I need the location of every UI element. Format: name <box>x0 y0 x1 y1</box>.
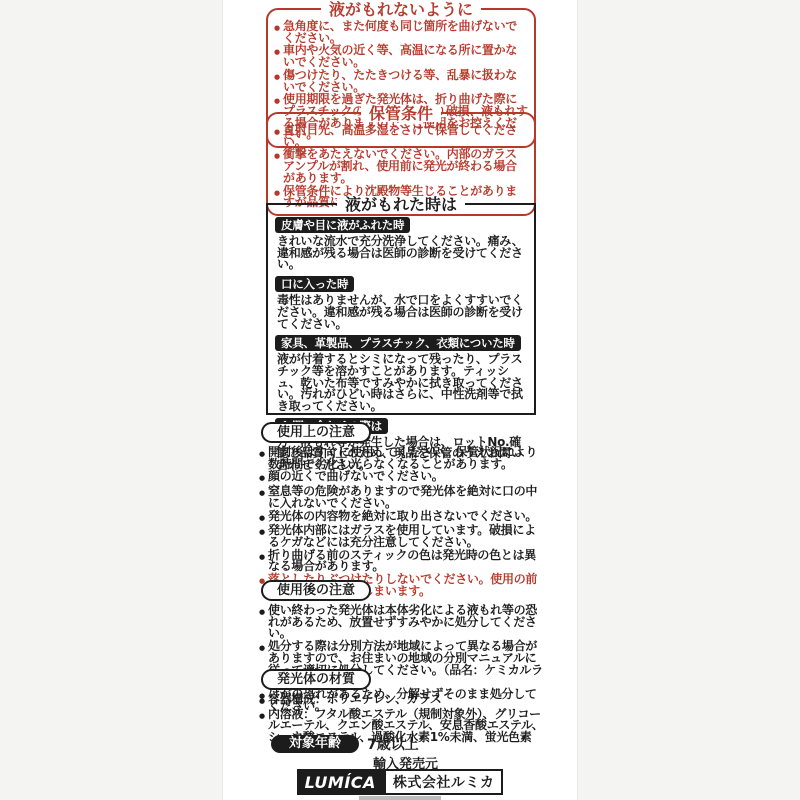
bullet-text: 折り曲げる前のスティックの色は発光時の色とは異なる場合があります。 <box>268 550 545 573</box>
entry-heading: 皮膚や目に液がふれた時 <box>275 217 410 233</box>
usage-cautions-bullet-list: ● 開封後はすぐに使用してください。保管状況により数時間で劣化し光らなくなること… <box>259 447 545 597</box>
section-title-leak-prevention: 液がもれないように <box>321 1 481 18</box>
entry-body: きれいな流水で充分洗浄してください。痛み、違和感が残る場合は医師の診断を受けてく… <box>275 236 527 271</box>
section-title-storage: 保管条件 <box>361 105 441 122</box>
bullet-text: 容器構成：ポリエチレン、ガラス <box>268 694 545 708</box>
bullet-text: 直射日光、高温多湿をさけて保管してください。 <box>283 125 528 148</box>
bullet-text: 開封後はすぐに使用してください。保管状況により数時間で劣化し光らなくなることがあ… <box>268 447 545 470</box>
bullet-icon: ● <box>259 709 268 744</box>
bullet-icon: ● <box>259 511 268 525</box>
bullet-item: ● 容器構成：ポリエチレン、ガラス <box>259 694 545 708</box>
bullet-icon: ● <box>274 125 283 148</box>
bullet-item: ● 急角度に、また何度も同じ箇所を曲げないでください。 <box>274 21 528 44</box>
lumica-brand-logo: LUMÍCA <box>297 769 384 795</box>
leak-entry: 家具、革製品、プラスチック、衣類についた時 液が付着するとシミになって残ったり、… <box>275 332 527 413</box>
bullet-text: 車内や火気の近く等、高温になる所に置かないでください。 <box>283 45 528 68</box>
bullet-item: ● 直射日光、高温多湿をさけて保管してください。 <box>274 125 528 148</box>
bullet-icon: ● <box>274 21 283 44</box>
bullet-text: 使い終わった発光体は本体劣化による液もれ等の恐れがあるため、放置せずすみやかに処… <box>268 605 545 640</box>
bullet-item: ● 衝撃をあたえないでください。内部のガラスアンプルが割れ、使用前に発光が終わる… <box>274 149 528 184</box>
entry-body: 液が付着するとシミになって残ったり、プラスチック等を溶かすことがあります。ティッ… <box>275 354 527 413</box>
bullet-text: 発光体内部にはガラスを使用しています。破損によるケガなどには充分注意してください… <box>268 525 545 548</box>
entry-heading: 口に入った時 <box>275 276 354 292</box>
bullet-item: ● 窒息等の危険がありますので発光体を絶対に口の中に入れないでください。 <box>259 486 545 509</box>
bullet-icon: ● <box>259 525 268 548</box>
section-title-usage-cautions: 使用上の注意 <box>261 422 371 443</box>
section-title-leaked: 液がもれた時は <box>337 196 465 213</box>
bullet-text: 窒息等の危険がありますので発光体を絶対に口の中に入れないでください。 <box>268 486 545 509</box>
section-title-after-use: 使用後の注意 <box>261 580 371 601</box>
bullet-icon: ● <box>259 471 268 485</box>
target-age-badge: 対象年齢 <box>271 735 359 753</box>
bullet-item: ● 傷つけたり、たたきつける等、乱暴に扱わないでください。 <box>274 70 528 93</box>
bullet-text: 急角度に、また何度も同じ箇所を曲げないでください。 <box>283 21 528 44</box>
leak-entry: 皮膚や目に液がふれた時 きれいな流水で充分洗浄してください。痛み、違和感が残る場… <box>275 214 527 271</box>
bullet-icon: ● <box>259 550 268 573</box>
target-age-row: 対象年齢 7歳以上 <box>271 734 419 754</box>
bullet-icon: ● <box>259 694 268 708</box>
bullet-item: ● 発光体内部にはガラスを使用しています。破損によるケガなどには充分注意してくだ… <box>259 525 545 548</box>
target-age-value: 7歳以上 <box>367 734 419 754</box>
company-logo: LUMÍCA 株式会社ルミカ <box>223 769 577 795</box>
bullet-text: 傷つけたり、たたきつける等、乱暴に扱わないでください。 <box>283 70 528 93</box>
bullet-item: ● 折り曲げる前のスティックの色は発光時の色とは異なる場合があります。 <box>259 550 545 573</box>
bullet-icon: ● <box>259 605 268 640</box>
bullet-icon: ● <box>259 486 268 509</box>
entry-body: 毒性はありませんが、水で口をよくすすいでください。違和感が残る場合は医師の診断を… <box>275 295 527 330</box>
product-warning-label: 液がもれないように ● 急角度に、また何度も同じ箇所を曲げないでください。 ● … <box>222 0 578 800</box>
bullet-icon: ● <box>274 45 283 68</box>
cropped-bottom-element <box>359 796 441 800</box>
company-name: 株式会社ルミカ <box>384 769 504 795</box>
section-title-materials: 発光体の材質 <box>261 669 371 690</box>
bullet-icon: ● <box>274 70 283 93</box>
section-leaked: 液がもれた時は 皮膚や目に液がふれた時 きれいな流水で充分洗浄してください。痛み… <box>266 203 536 415</box>
section-usage-cautions: 使用上の注意 ● 開封後はすぐに使用してください。保管状況により数時間で劣化し光… <box>259 421 545 598</box>
bullet-text: 衝撃をあたえないでください。内部のガラスアンプルが割れ、使用前に発光が終わる場合… <box>283 149 528 184</box>
bullet-item: ● 車内や火気の近く等、高温になる所に置かないでください。 <box>274 45 528 68</box>
bullet-item: ● 開封後はすぐに使用してください。保管状況により数時間で劣化し光らなくなること… <box>259 447 545 470</box>
bullet-icon: ● <box>259 447 268 470</box>
bullet-icon: ● <box>274 149 283 184</box>
bullet-item: ● 使い終わった発光体は本体劣化による液もれ等の恐れがあるため、放置せずすみやか… <box>259 605 545 640</box>
entry-heading: 家具、革製品、プラスチック、衣類についた時 <box>275 335 521 351</box>
leak-entry: 口に入った時 毒性はありませんが、水で口をよくすすいでください。違和感が残る場合… <box>275 273 527 330</box>
